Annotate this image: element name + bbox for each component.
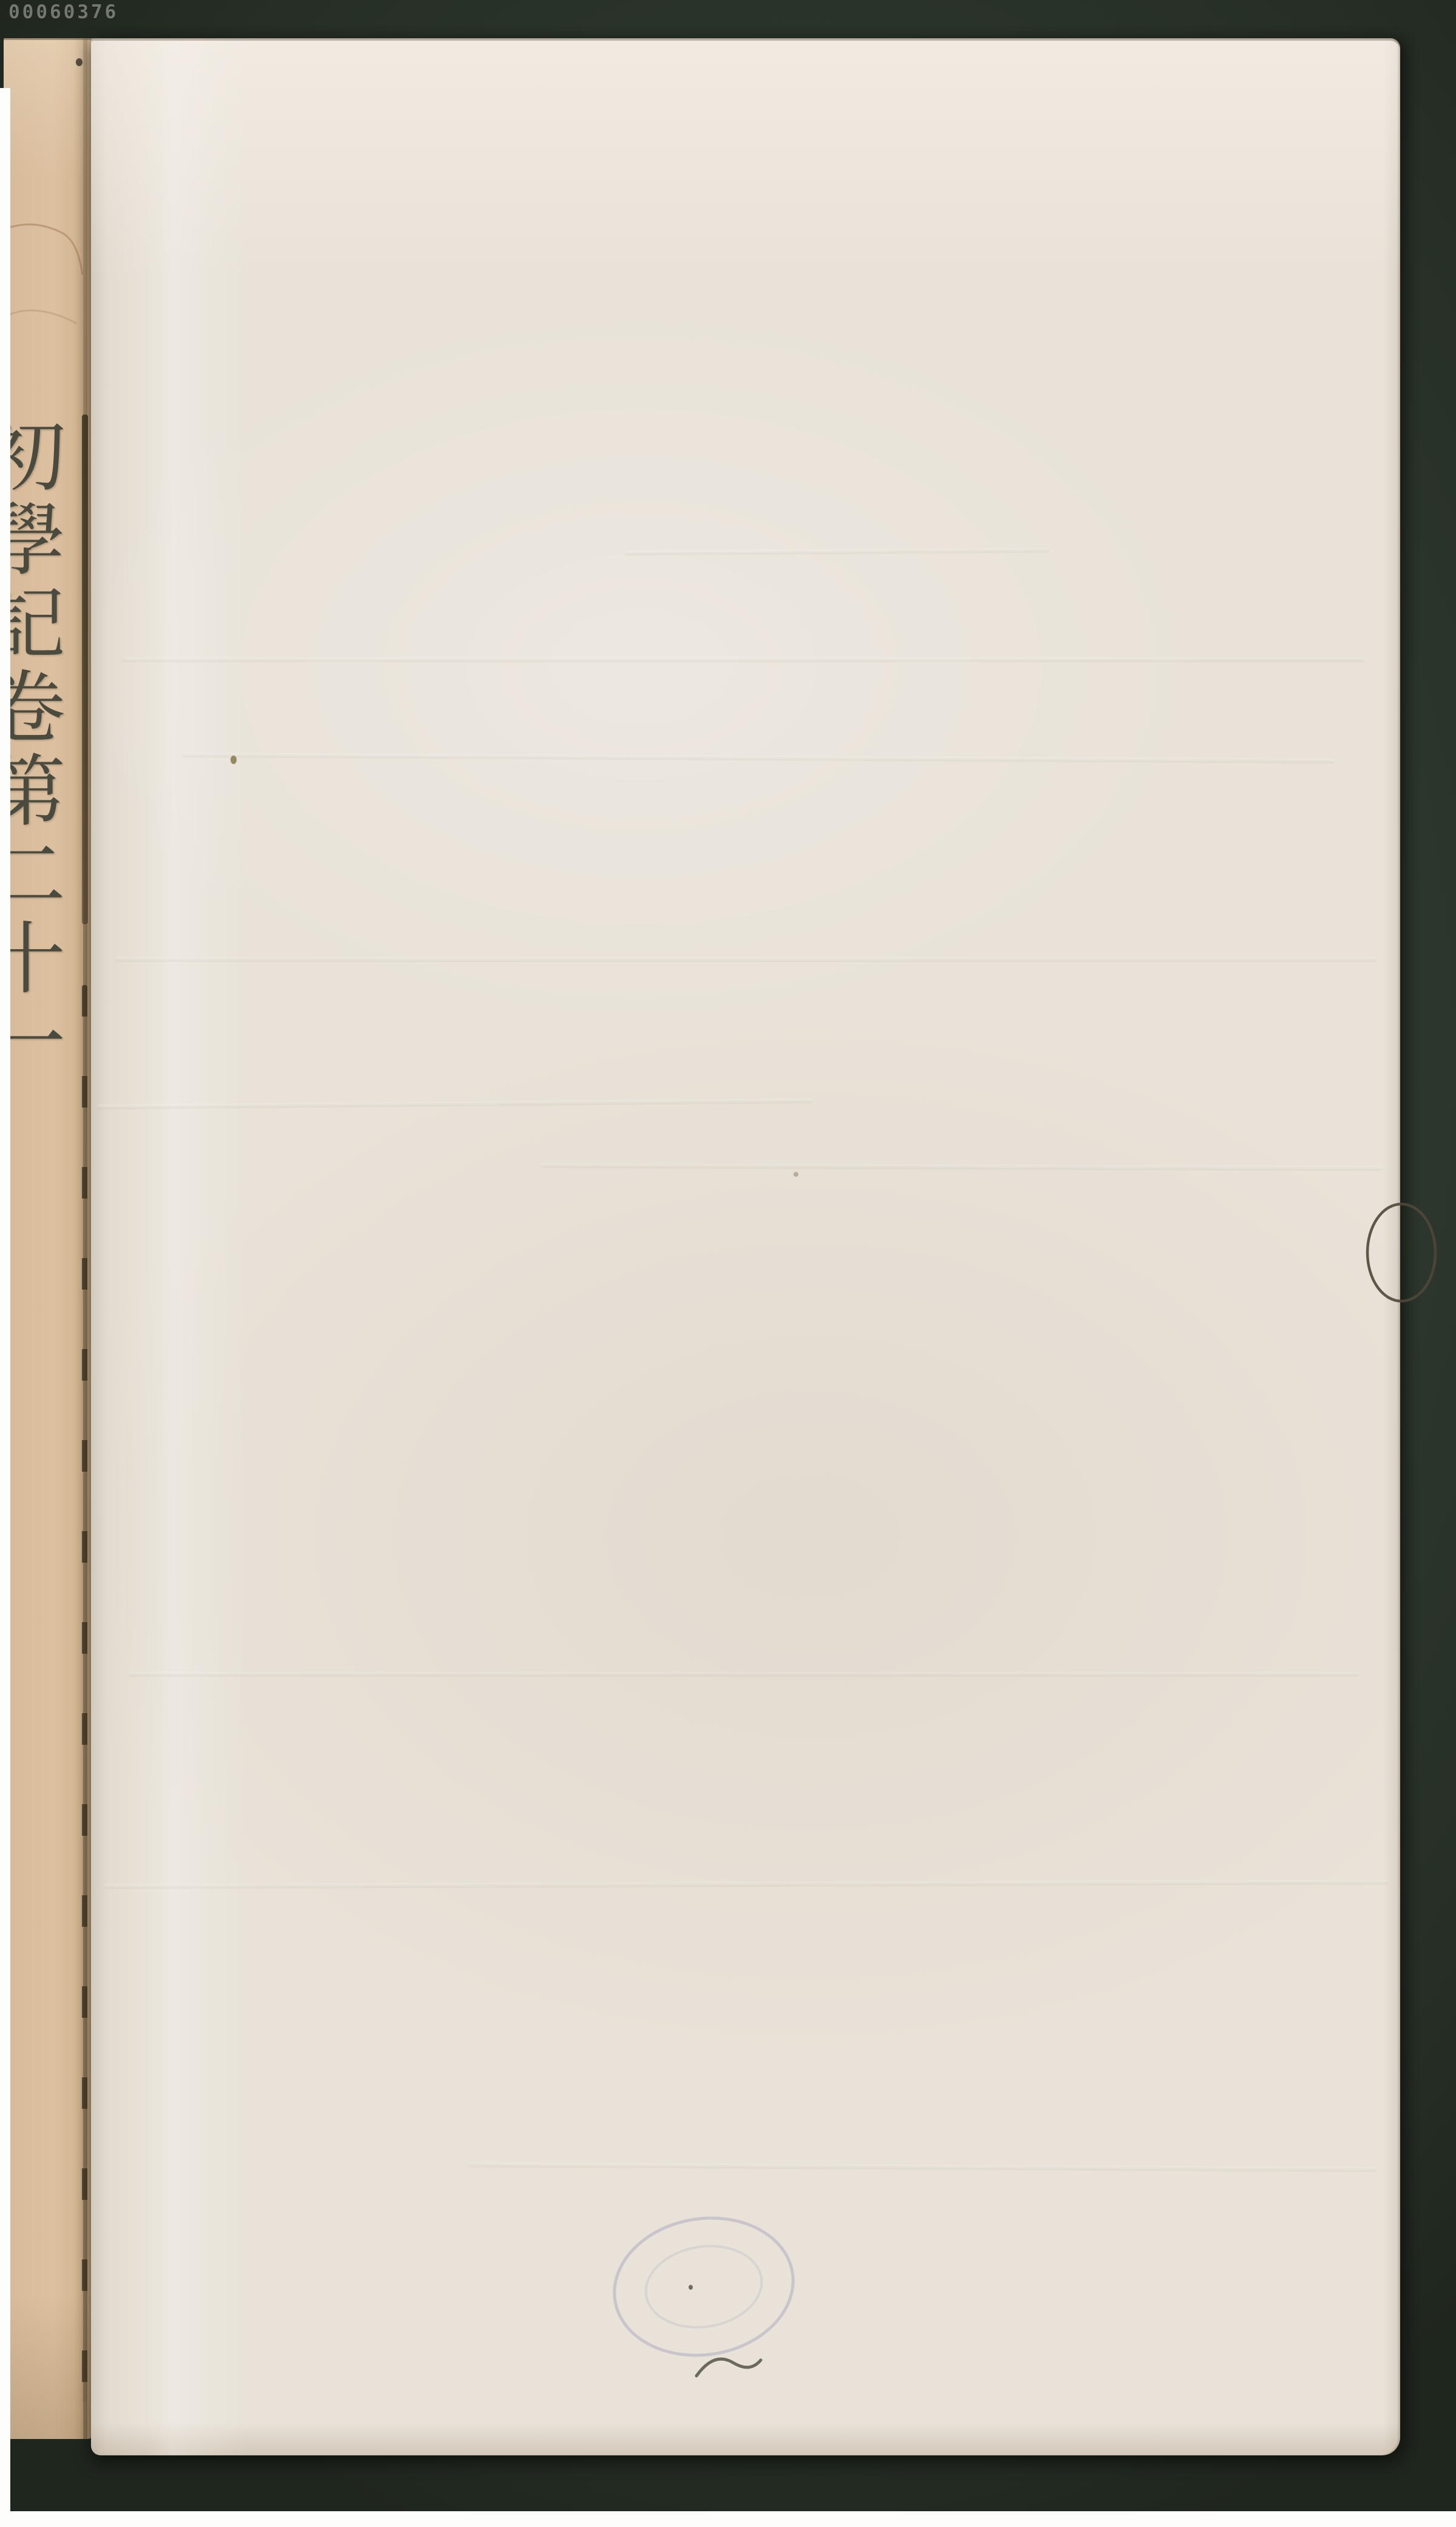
- wormhole-speck-icon: [76, 58, 83, 66]
- pencil-squiggle-mark-icon: [686, 2344, 770, 2393]
- previous-page-edge: 初學記卷第二十一: [4, 38, 93, 2439]
- page-crease: [97, 1098, 813, 1109]
- spine-title-text: 初學記卷第二十一: [4, 414, 60, 1264]
- page-crease: [127, 1672, 1359, 1677]
- paper-crease-lines: [4, 123, 93, 378]
- paper-speck: [231, 756, 237, 764]
- page-crease: [121, 657, 1365, 662]
- page-crease: [115, 957, 1377, 962]
- scan-frame-number: 00060376: [8, 1, 118, 23]
- scanned-book-photo: 00060376 初學記卷第二十一: [0, 0, 1456, 2527]
- binding-string-loop-icon: [1354, 1188, 1456, 1317]
- page-crease: [182, 753, 1335, 763]
- page-crease: [103, 1879, 1389, 1889]
- page-crease: [625, 548, 1050, 556]
- binding-stitch-marks: [82, 985, 87, 2403]
- blank-book-page: [91, 38, 1400, 2455]
- page-crease: [540, 1163, 1383, 1171]
- image-border-left: [0, 88, 10, 2527]
- image-border-bottom: [0, 2511, 1456, 2527]
- paper-speck: [794, 1172, 798, 1177]
- page-crease: [467, 2162, 1377, 2172]
- printed-border-line: [82, 414, 88, 924]
